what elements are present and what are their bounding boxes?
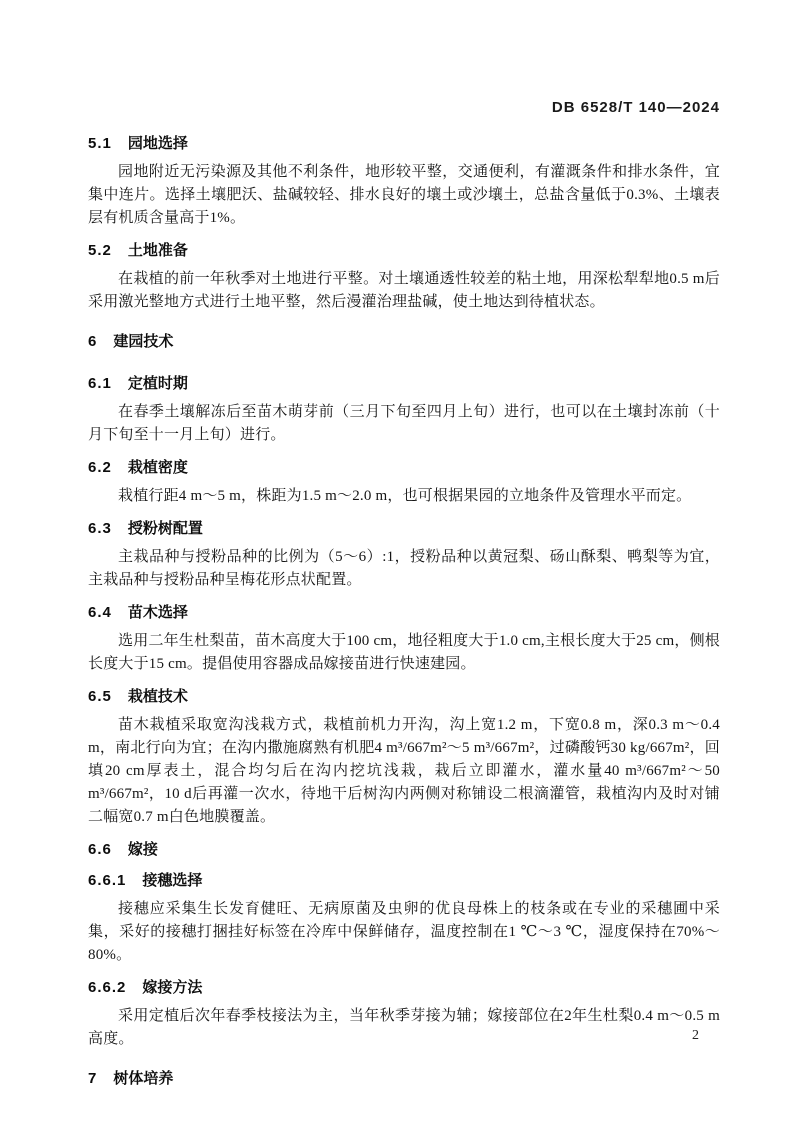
paragraph: 接穗应采集生长发育健旺、无病原菌及虫卵的优良母株上的枝条或在专业的采穗圃中采集，… <box>88 898 720 967</box>
heading-number: 7 <box>88 1070 97 1087</box>
heading-number: 5.1 <box>88 135 112 152</box>
heading-6-6-1: 6.6.1接穗选择 <box>88 871 720 891</box>
heading-6-3: 6.3授粉树配置 <box>88 519 720 539</box>
paragraph: 主栽品种与授粉品种的比例为（5～6）:1，授粉品种以黄冠梨、砀山酥梨、鸭梨等为宜… <box>88 546 720 592</box>
heading-title: 土地准备 <box>128 242 188 259</box>
heading-6-4: 6.4苗木选择 <box>88 603 720 623</box>
heading-6-1: 6.1定植时期 <box>88 374 720 394</box>
heading-title: 园地选择 <box>128 135 188 152</box>
heading-number: 6.2 <box>88 459 112 476</box>
heading-5-2: 5.2土地准备 <box>88 241 720 261</box>
document-page: DB 6528/T 140—2024 5.1园地选择园地附近无污染源及其他不利条… <box>0 0 793 1122</box>
heading-6-6-2: 6.6.2嫁接方法 <box>88 978 720 998</box>
heading-title: 栽植密度 <box>128 459 188 476</box>
paragraph: 在栽植的前一年秋季对土地进行平整。对土壤通透性较差的粘土地，用深松犁犁地0.5 … <box>88 268 720 314</box>
heading-6-2: 6.2栽植密度 <box>88 458 720 478</box>
heading-title: 苗木选择 <box>128 604 188 621</box>
heading-title: 嫁接方法 <box>142 979 202 996</box>
heading-number: 6.3 <box>88 520 112 537</box>
heading-6-6: 6.6嫁接 <box>88 840 720 860</box>
paragraph: 在春季土壤解冻后至苗木萌芽前（三月下旬至四月上旬）进行，也可以在土壤封冻前（十月… <box>88 401 720 447</box>
heading-6: 6建园技术 <box>88 332 720 352</box>
paragraph: 园地附近无污染源及其他不利条件，地形较平整，交通便利，有灌溉条件和排水条件，宜集… <box>88 161 720 230</box>
heading-7: 7树体培养 <box>88 1069 720 1089</box>
heading-number: 6.4 <box>88 604 112 621</box>
heading-title: 定植时期 <box>128 375 188 392</box>
heading-title: 栽植技术 <box>128 688 188 705</box>
heading-title: 接穗选择 <box>142 872 202 889</box>
heading-title: 树体培养 <box>113 1070 173 1087</box>
heading-number: 6 <box>88 333 97 350</box>
paragraph: 栽植行距4 m～5 m，株距为1.5 m～2.0 m，也可根据果园的立地条件及管… <box>88 485 720 508</box>
heading-title: 建园技术 <box>113 333 173 350</box>
paragraph: 苗木栽植采取宽沟浅栽方式，栽植前机力开沟，沟上宽1.2 m，下宽0.8 m，深0… <box>88 714 720 829</box>
document-body: 5.1园地选择园地附近无污染源及其他不利条件，地形较平整，交通便利，有灌溉条件和… <box>0 0 793 1122</box>
heading-number: 5.2 <box>88 242 112 259</box>
heading-title: 授粉树配置 <box>128 520 203 537</box>
heading-6-5: 6.5栽植技术 <box>88 687 720 707</box>
paragraph: 选用二年生杜梨苗，苗木高度大于100 cm，地径粗度大于1.0 cm,主根长度大… <box>88 630 720 676</box>
heading-number: 6.1 <box>88 375 112 392</box>
heading-number: 6.5 <box>88 688 112 705</box>
heading-title: 嫁接 <box>128 841 158 858</box>
heading-5-1: 5.1园地选择 <box>88 134 720 154</box>
heading-number: 6.6.2 <box>88 979 126 996</box>
paragraph: 采用定植后次年春季枝接法为主，当年秋季芽接为辅；嫁接部位在2年生杜梨0.4 m～… <box>88 1005 720 1051</box>
heading-number: 6.6 <box>88 841 112 858</box>
heading-number: 6.6.1 <box>88 872 126 889</box>
page-number: 2 <box>692 1028 699 1044</box>
